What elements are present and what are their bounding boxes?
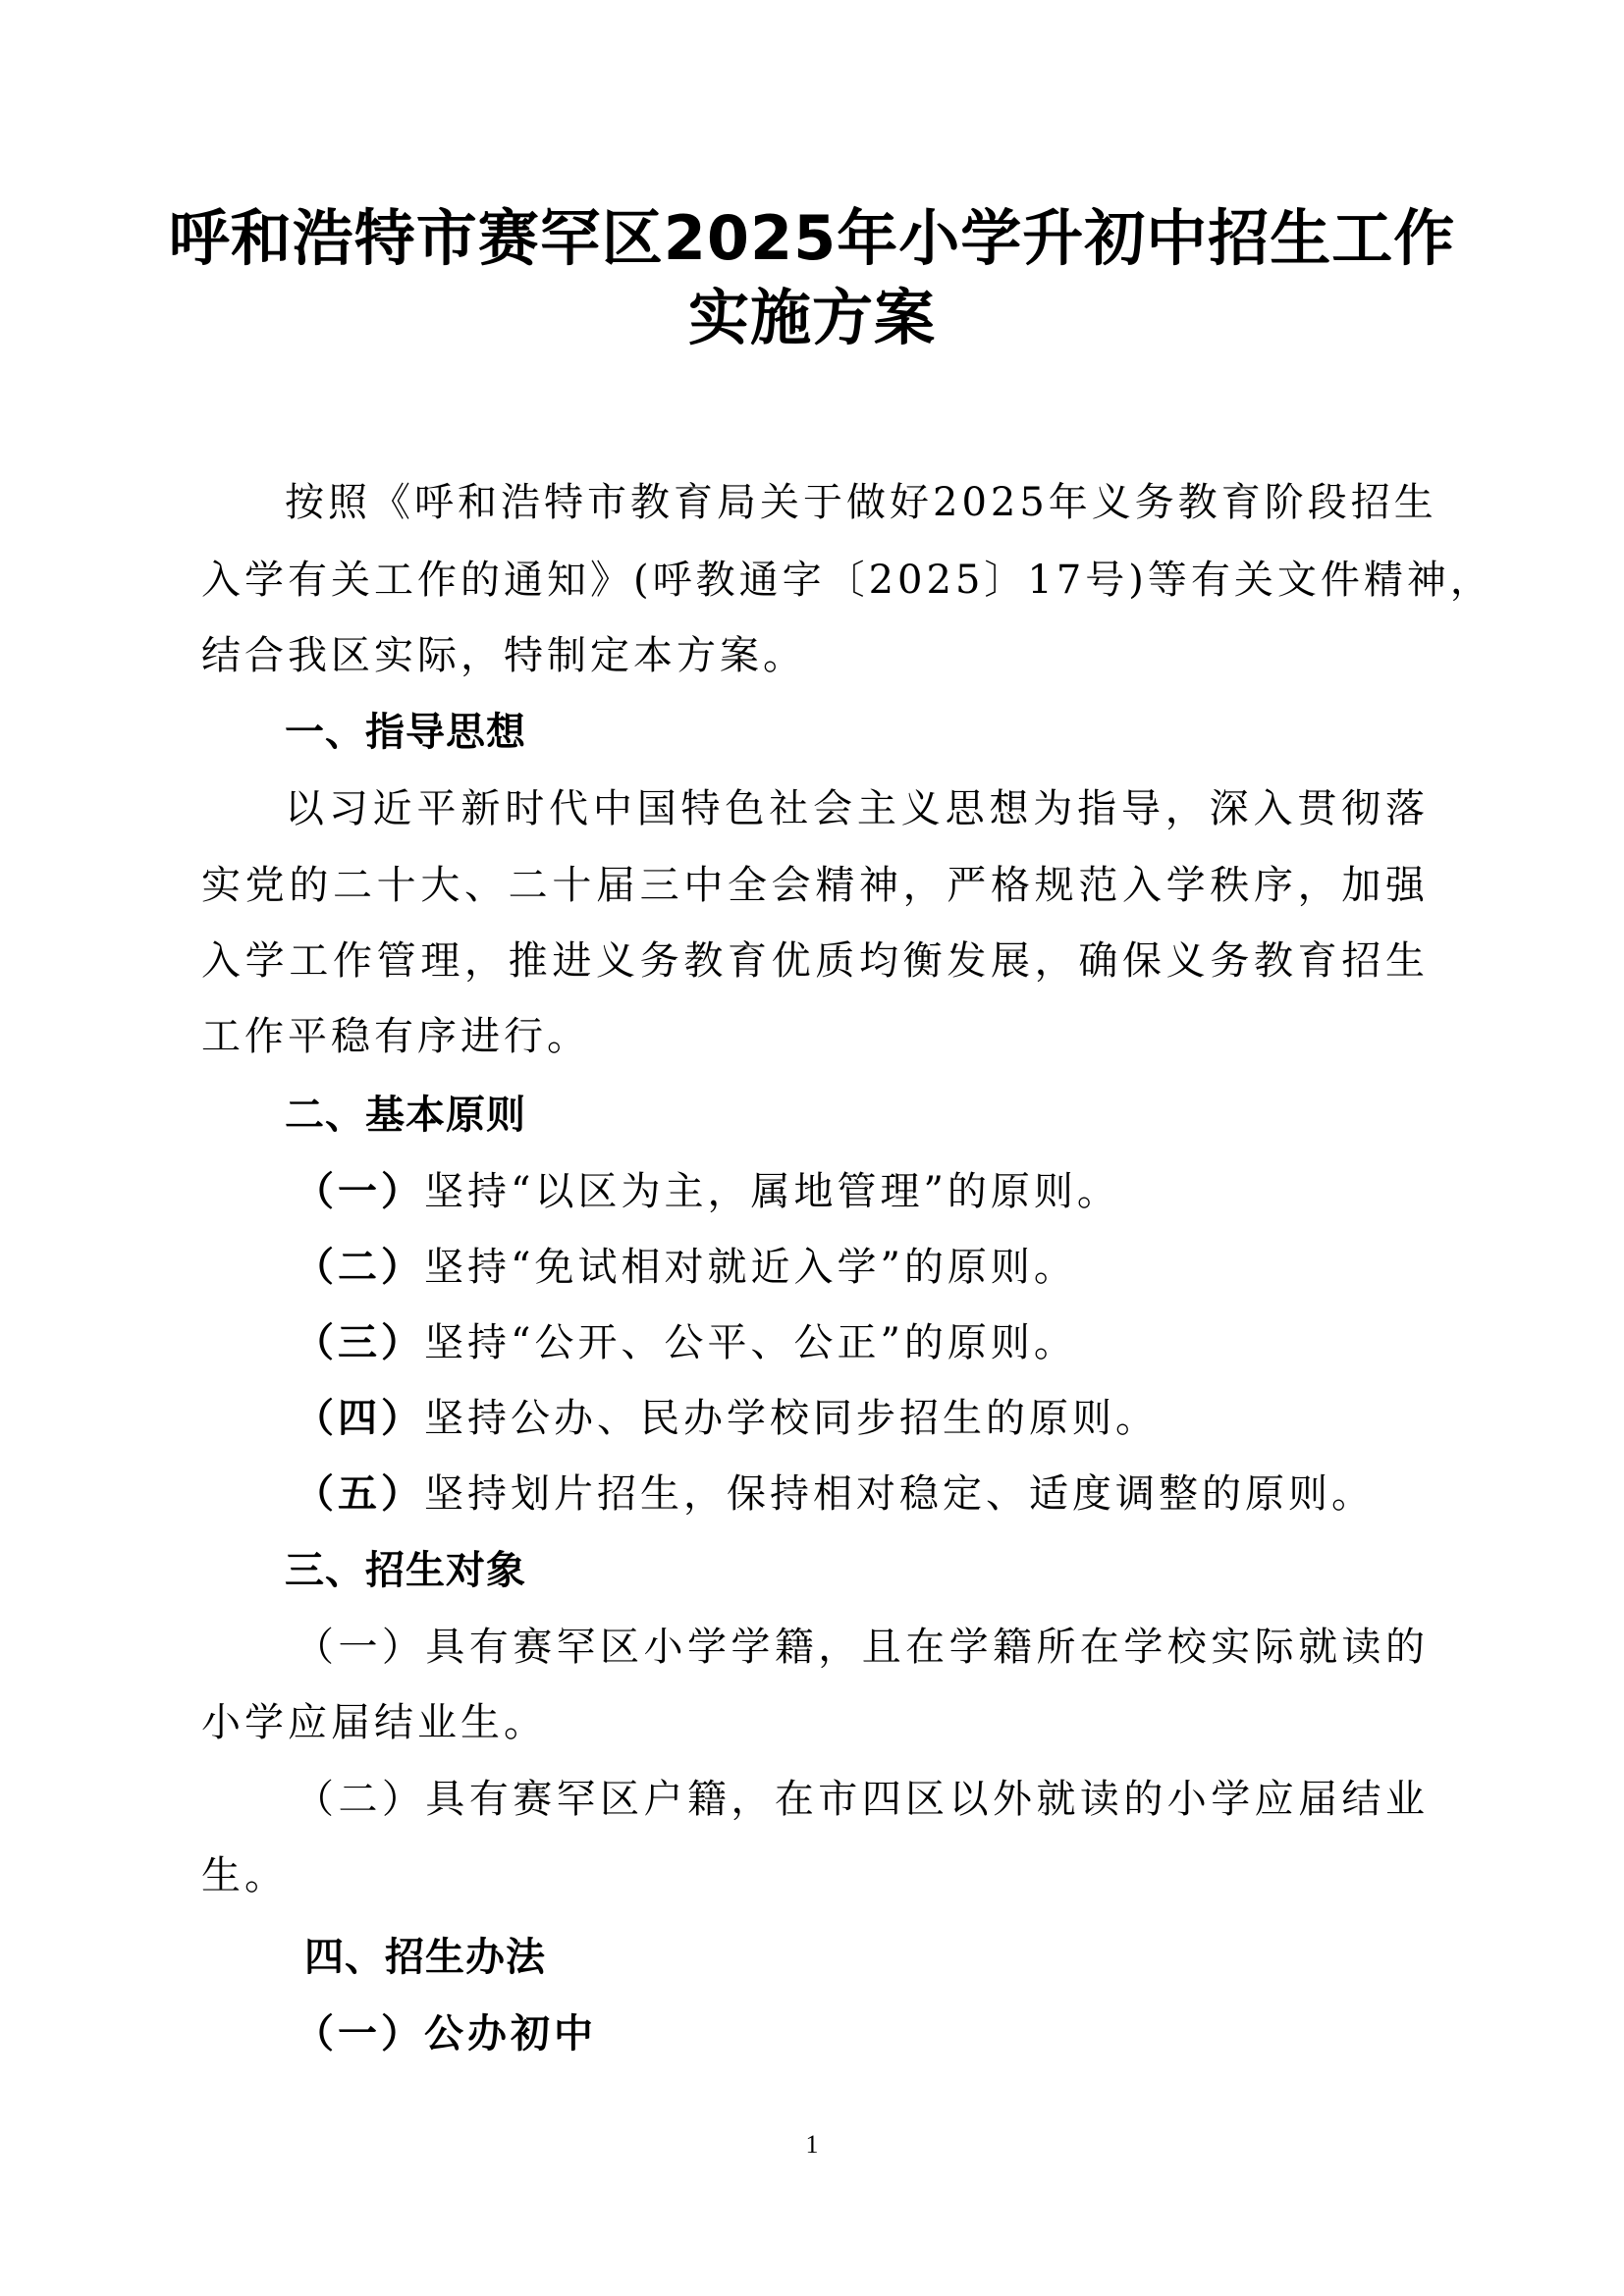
principle-item-5: （五）坚持划片招生，保持相对稳定、适度调整的原则。 xyxy=(295,1470,1522,1518)
principle-text-1: 坚持“以区为主，属地管理”的原则。 xyxy=(424,1169,1120,1214)
intro-line-3: 结合我区实际，特制定本方案。 xyxy=(201,632,1429,679)
section-heading-2: 二、基本原则 xyxy=(285,1092,1512,1139)
section-1-line-4: 工作平稳有序进行。 xyxy=(201,1013,1429,1060)
section-3-line-1: （一）具有赛罕区小学学籍，且在学籍所在学校实际就读的 xyxy=(295,1624,1429,1671)
principle-item-4: （四）坚持公办、民办学校同步招生的原则。 xyxy=(295,1395,1522,1442)
principle-item-2: （二）坚持“免试相对就近入学”的原则。 xyxy=(295,1244,1522,1291)
principle-prefix-4: （四） xyxy=(295,1396,424,1441)
principle-text-4: 坚持公办、民办学校同步招生的原则。 xyxy=(424,1396,1159,1441)
principle-prefix-5: （五） xyxy=(295,1471,424,1517)
principle-prefix-2: （二） xyxy=(295,1245,424,1290)
principle-text-5: 坚持划片招生，保持相对稳定、适度调整的原则。 xyxy=(424,1471,1375,1517)
principle-prefix-1: （一） xyxy=(295,1169,424,1214)
page-number: 1 xyxy=(0,2130,1624,2160)
section-heading-4: 四、招生办法 xyxy=(304,1934,1532,1981)
section-3-line-3: （二）具有赛罕区户籍，在市四区以外就读的小学应届结业 xyxy=(295,1776,1429,1823)
section-1-line-2: 实党的二十大、二十届三中全会精神，严格规范入学秩序，加强 xyxy=(201,862,1429,909)
section-1-line-1: 以习近平新时代中国特色社会主义思想为指导，深入贯彻落 xyxy=(285,785,1429,832)
section-3-line-2: 小学应届结业生。 xyxy=(201,1699,1429,1746)
section-heading-1: 一、指导思想 xyxy=(285,709,1512,756)
intro-line-2: 入学有关工作的通知》(呼教通字〔2025〕17号)等有关文件精神， xyxy=(201,557,1429,604)
principle-item-1: （一）坚持“以区为主，属地管理”的原则。 xyxy=(295,1168,1522,1215)
principle-item-3: （三）坚持“公开、公平、公正”的原则。 xyxy=(295,1319,1522,1366)
document-title-line-1: 呼和浩特市赛罕区2025年小学升初中招生工作 xyxy=(0,208,1624,269)
document-title-line-2: 实施方案 xyxy=(0,288,1624,348)
section-heading-3: 三、招生对象 xyxy=(285,1547,1512,1594)
principle-prefix-3: （三） xyxy=(295,1320,424,1365)
principle-text-3: 坚持“公开、公平、公正”的原则。 xyxy=(424,1320,1077,1365)
intro-line-1: 按照《呼和浩特市教育局关于做好2025年义务教育阶段招生 xyxy=(285,479,1429,526)
subsection-public-junior-high: （一）公办初中 xyxy=(295,2010,1522,2057)
section-3-line-4: 生。 xyxy=(201,1852,1429,1899)
principle-text-2: 坚持“免试相对就近入学”的原则。 xyxy=(424,1245,1077,1290)
section-1-line-3: 入学工作管理，推进义务教育优质均衡发展，确保义务教育招生 xyxy=(201,937,1429,985)
